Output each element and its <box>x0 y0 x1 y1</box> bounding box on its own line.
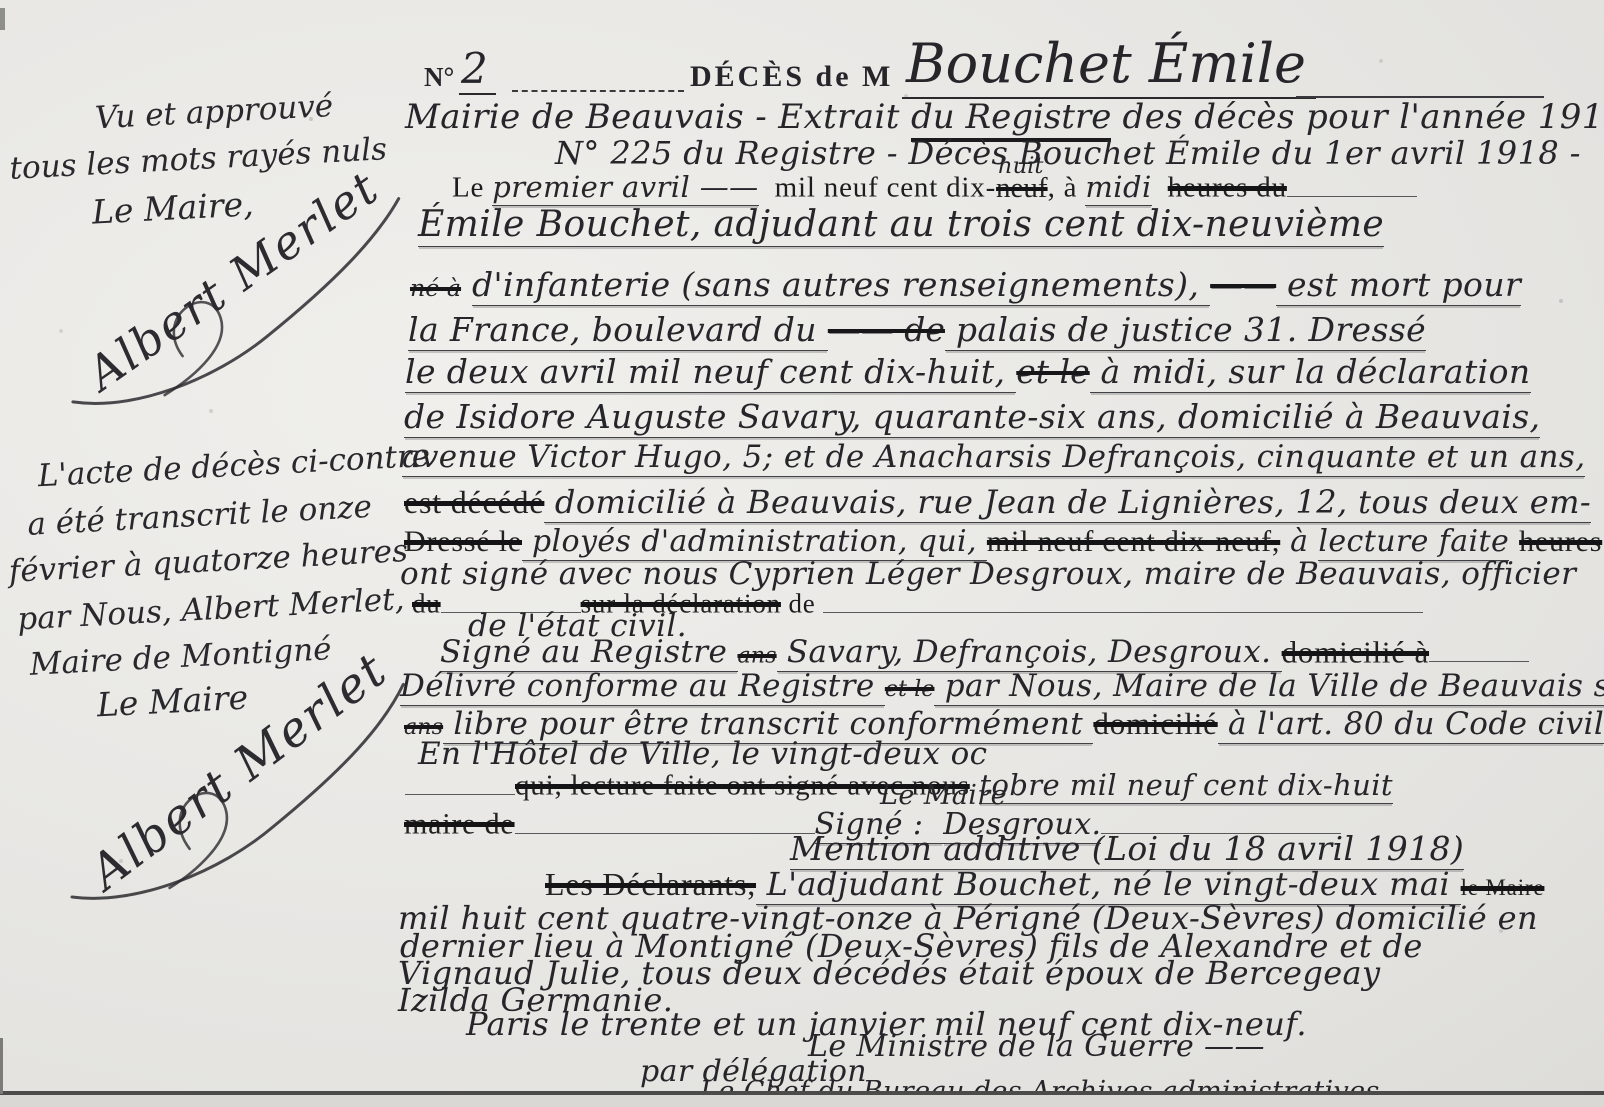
text-segment: d'infanterie (sans autres renseignements… <box>472 265 1210 306</box>
text-segment: midi <box>1085 170 1151 206</box>
certificate-text-line: Signé au Registre ans Savary, Defrançois… <box>440 632 1529 668</box>
text-segment: le Maire <box>1461 874 1545 900</box>
mention-additive-title: Mention additive (Loi du 18 avril 1918) <box>790 832 1464 867</box>
text-segment: mil neuf cent dix- <box>775 172 996 204</box>
record-number-rule <box>512 90 684 92</box>
scan-noise-speckles <box>0 0 2 2</box>
text-segment: par Nous, Maire de la Ville de Beauvais … <box>934 668 1604 706</box>
text-segment: est décédé <box>404 484 544 520</box>
text-segment: du <box>412 589 441 619</box>
transcription-note-line: Maire de Montigné <box>29 631 333 683</box>
blank-rule <box>823 586 1423 613</box>
text-segment: —— de <box>828 310 945 349</box>
document-title: DÉCÈS de M <box>690 60 893 94</box>
certificate-text-line: Le Ministre de la Guerre —— <box>808 1032 1265 1062</box>
scan-bottom-strip <box>0 1095 1604 1107</box>
text-segment: maire de <box>404 808 515 841</box>
certificate-text-line: la France, boulevard du —— de palais de … <box>408 313 1426 348</box>
record-number-label: N° <box>424 62 454 93</box>
text-segment: huitneuf <box>996 172 1048 204</box>
text-segment: Le <box>452 172 492 204</box>
text-segment: domicilié à <box>1282 634 1429 669</box>
scanned-death-certificate: N° 2 DÉCÈS de M Bouchet Émile Vu et appr… <box>0 0 1604 1107</box>
certificate-text-line: né à d'infanterie (sans autres renseigne… <box>410 268 1521 303</box>
text-segment: Signé au Registre <box>440 634 738 672</box>
text-segment: Délivré conforme au Registre <box>400 668 885 706</box>
deceased-identity-line: Émile Bouchet, adjudant au trois cent di… <box>418 206 1384 243</box>
text-segment: Mention additive (Loi du 18 avril 1918) <box>790 829 1464 870</box>
text-segment: la France, boulevard du <box>408 310 828 351</box>
text-segment: de <box>781 589 823 619</box>
text-segment: —— <box>1210 265 1276 304</box>
text-segment: né à <box>410 274 461 302</box>
transcription-note-line: février à quatorze heures <box>8 533 409 590</box>
text-segment: des décès pour l'année 1918 <box>1111 97 1604 137</box>
transcription-note-line: a été transcrit le onze <box>26 489 372 543</box>
subheader-registre-line: N° 225 du Registre - Décès Bouchet Émile… <box>555 137 1581 169</box>
text-segment: domicilié <box>1093 706 1217 741</box>
transcription-note-line: L'acte de décès ci-contre <box>37 438 431 495</box>
blank-rule <box>405 766 515 795</box>
text-segment: le deux avril mil neuf cent dix-huit, <box>405 352 1016 393</box>
text-segment: à midi, sur la déclaration <box>1090 352 1531 393</box>
text-segment: heures <box>1519 525 1602 558</box>
certificate-text-line: de Isidore Auguste Savary, quarante-six … <box>404 400 1540 435</box>
form-date-line: Le premier avril —— mil neuf cent dix-hu… <box>452 168 1417 203</box>
text-segment: Émile Bouchet, adjudant au trois cent di… <box>418 204 1384 247</box>
text-segment: Le Ministre de la Guerre —— <box>808 1029 1265 1064</box>
transcription-note-line: par Nous, Albert Merlet, <box>16 581 405 637</box>
certificate-text-line: le deux avril mil neuf cent dix-huit, et… <box>405 355 1531 390</box>
approval-note-line: Vu et approuvé <box>94 88 334 136</box>
certificate-text-line: avenue Victor Hugo, 5; et de Anacharsis … <box>402 441 1585 473</box>
text-segment: et le <box>1016 352 1089 391</box>
text-segment: Les Déclarants, <box>545 866 756 902</box>
text-segment: ans <box>738 642 777 668</box>
text-segment <box>1509 524 1519 559</box>
text-segment: Dressé le <box>404 525 522 558</box>
text-segment: Savary, Defrançois, Desgroux. <box>777 634 1282 672</box>
text-segment: palais de justice 31. Dressé <box>945 310 1426 351</box>
text-segment: tobre mil neuf cent dix-huit <box>979 768 1393 804</box>
scan-left-edge-mark <box>0 1038 3 1094</box>
blank-rule <box>515 804 815 834</box>
record-number-value: 2 <box>459 44 496 95</box>
text-segment: et le <box>885 676 935 702</box>
certificate-text-line: est décédé domicilié à Beauvais, rue Jea… <box>404 486 1591 518</box>
text-segment: à <box>1280 524 1318 559</box>
text-segment: , à <box>1048 172 1086 204</box>
text-segment: N° 225 du Registre - Décès Bouchet Émile… <box>555 134 1581 172</box>
blank-rule <box>1429 632 1529 662</box>
text-segment: avenue Victor Hugo, 5; et de Anacharsis … <box>402 439 1585 477</box>
text-segment: domicilié à Beauvais, rue Jean de Ligniè… <box>544 483 1591 523</box>
certificate-text-line: Délivré conforme au Registre et le par N… <box>400 670 1604 702</box>
text-segment: Mairie de Beauvais - Extrait <box>405 97 911 137</box>
text-segment <box>759 172 775 204</box>
approval-note-line: Le Maire, <box>91 184 255 231</box>
handwritten-correction: huit <box>998 155 1043 178</box>
blank-rule <box>1287 168 1417 197</box>
certificate-text-line: Les Déclarants, L'adjudant Bouchet, né l… <box>545 868 1544 900</box>
text-segment <box>461 265 472 304</box>
margin-transcription-note: L'acte de décès ci-contre a été transcri… <box>0 420 412 910</box>
text-segment: premier avril —— <box>492 170 758 206</box>
margin-approval-note: Vu et approuvé tous les mots rayés nuls … <box>0 0 411 430</box>
scan-topleft-mark <box>0 8 5 30</box>
text-segment: mil neuf cent dix-neuf, <box>987 525 1280 558</box>
text-segment: de Isidore Auguste Savary, quarante-six … <box>404 397 1540 438</box>
text-segment <box>1152 172 1168 204</box>
text-segment: est mort pour <box>1276 265 1521 306</box>
deceased-name: Bouchet Émile <box>902 32 1316 99</box>
text-segment: à l'art. 80 du Code civil <box>1218 706 1604 744</box>
transcription-note-line: Le Maire <box>96 678 249 725</box>
certificate-text-line: Dressé le ployés d'administration, qui, … <box>404 527 1602 557</box>
text-segment: heures du <box>1168 172 1287 204</box>
subheader-mairie-line: Mairie de Beauvais - Extrait du Registre… <box>405 100 1604 135</box>
